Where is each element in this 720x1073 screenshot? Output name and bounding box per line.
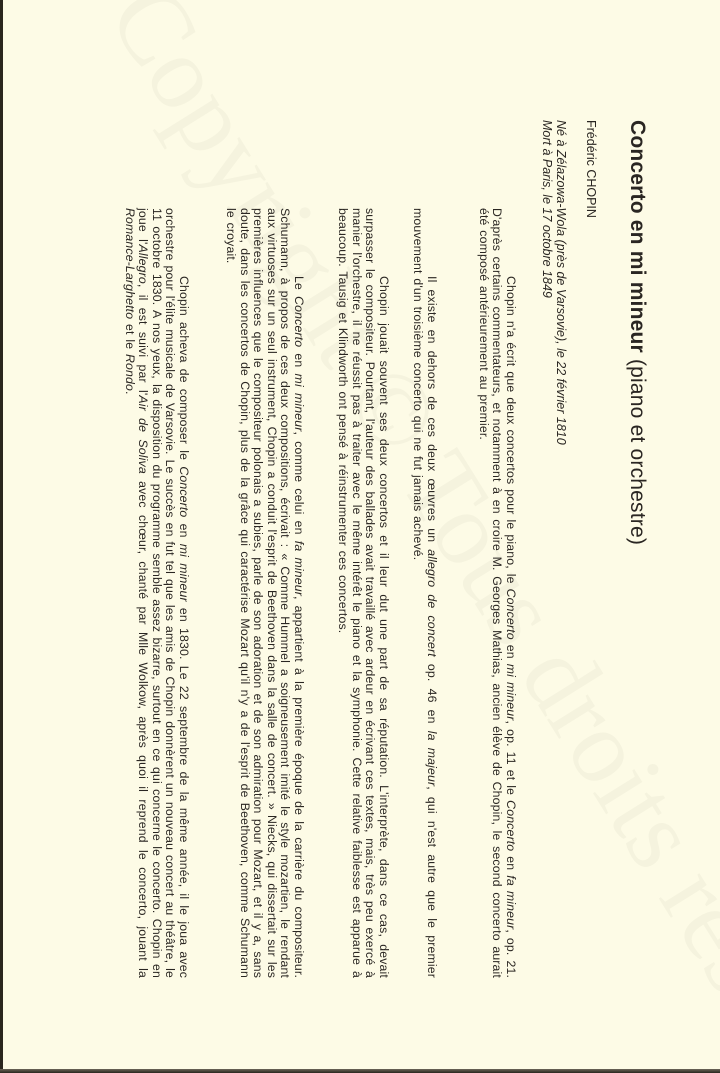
title-main: Concerto en mi mineur bbox=[626, 120, 649, 353]
italic-term: allegro de concert bbox=[425, 549, 439, 657]
italic-term: Concerto bbox=[504, 800, 518, 851]
composer-dates: Né à Zélazowa-Wola (près de Varsovie), l… bbox=[540, 120, 568, 445]
italic-term: fa mineur bbox=[504, 875, 518, 929]
italic-term: Allegro bbox=[136, 245, 150, 284]
paragraph-text: Le Concerto en mi mineur, comme celui en… bbox=[223, 208, 305, 978]
scanned-page: Copyright © Tous droits réservés Concert… bbox=[0, 0, 720, 1073]
paragraph-5: Chopin acheva de composer le Concerto en… bbox=[122, 208, 190, 978]
paragraph-text: Chopin n'a écrit que deux concertos pour… bbox=[476, 208, 517, 978]
page-title: Concerto en mi mineur (piano et orchestr… bbox=[625, 120, 649, 545]
italic-term: mi mineur bbox=[504, 664, 518, 721]
paragraph-text: Il existe en dehors de ces deux œuvres u… bbox=[411, 208, 438, 978]
italic-term: la majeur bbox=[425, 731, 439, 786]
italic-term: mi mineur bbox=[292, 374, 306, 432]
death-line: Mort à Paris, le 17 octobre 1849 bbox=[540, 120, 554, 445]
paragraph-text: Chopin acheva de composer le Concerto en… bbox=[122, 208, 190, 978]
paragraph-2: Il existe en dehors de ces deux œuvres u… bbox=[411, 208, 438, 978]
italic-term: mi mineur bbox=[177, 544, 191, 602]
paragraph-4: Le Concerto en mi mineur, comme celui en… bbox=[223, 208, 305, 978]
italic-term: Concerto bbox=[292, 296, 306, 347]
title-subtitle: (piano et orchestre) bbox=[626, 359, 649, 545]
rotated-content: Copyright © Tous droits réservés Concert… bbox=[0, 0, 720, 1073]
italic-term: Romance-Larghetto bbox=[123, 208, 137, 319]
paragraph-3: Chopin jouait souvent ses deux concertos… bbox=[336, 208, 390, 978]
italic-term: Air de Soliva bbox=[136, 395, 150, 473]
birth-line: Né à Zélazowa-Wola (près de Varsovie), l… bbox=[554, 120, 568, 445]
italic-term: Concerto bbox=[504, 589, 518, 640]
italic-term: Concerto bbox=[177, 466, 191, 517]
paragraph-1: Chopin n'a écrit que deux concertos pour… bbox=[476, 208, 517, 978]
composer-name: Frédéric CHOPIN bbox=[584, 120, 598, 218]
italic-term: fa mineur bbox=[292, 541, 306, 596]
italic-term: Rondo bbox=[123, 354, 137, 391]
paragraph-text: Chopin jouait souvent ses deux concertos… bbox=[336, 208, 390, 978]
